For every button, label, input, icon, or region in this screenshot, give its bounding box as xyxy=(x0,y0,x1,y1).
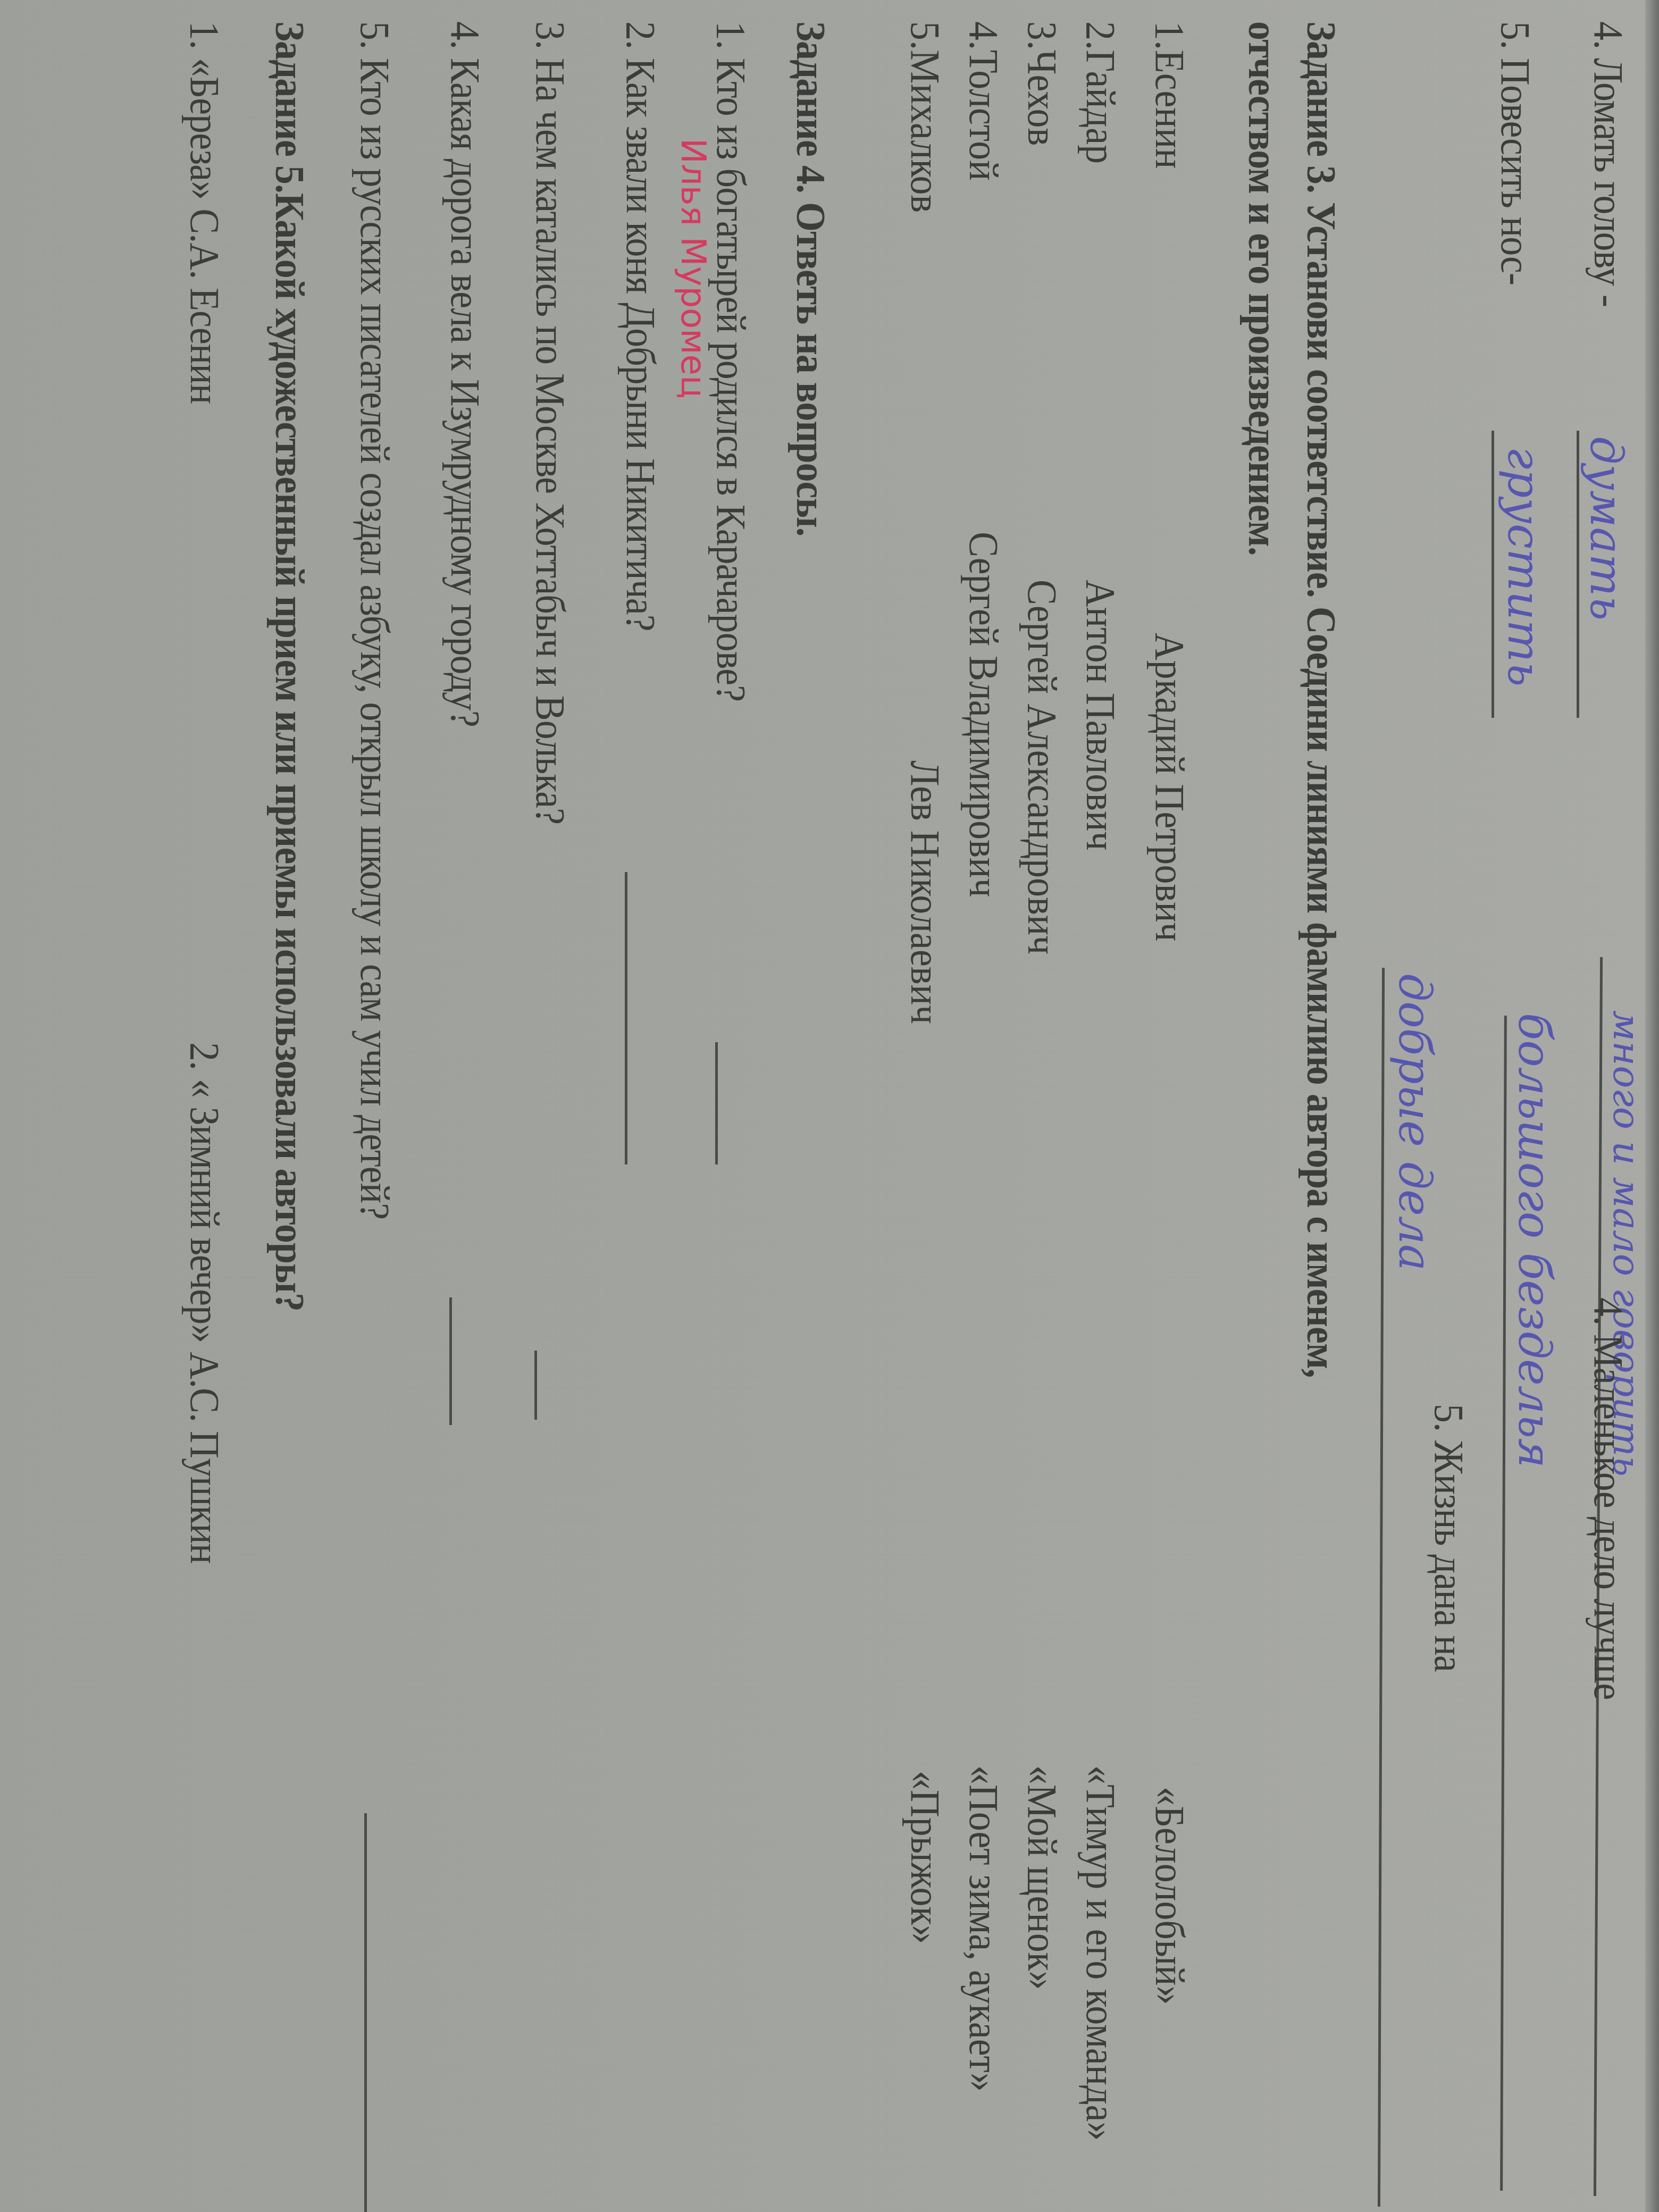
task5-heading: Задание 5.Какой художественный прием или… xyxy=(266,21,314,1311)
item-prompt: Маленькое дело лучше xyxy=(1586,1334,1632,1699)
author-name[interactable]: Лев Николаевич xyxy=(901,760,949,1024)
task4-question-1: 1. Кто из богатырей родился в Карачарове… xyxy=(707,21,755,701)
task4-question-3: 3. На чем катались по Москве Хоттабыч и … xyxy=(526,21,574,824)
task5-item-2: 2. « Зимний вечер» А.С. Пушкин xyxy=(181,1042,229,1563)
author-surname[interactable]: 3.Чехов xyxy=(1018,21,1066,146)
author-name[interactable]: Сергей Владимирович xyxy=(960,532,1008,898)
task3-instructions: Соедини линиями фамилию автора с именем, xyxy=(1298,607,1345,1378)
handwritten-answer-idleness: большого безделья xyxy=(1509,1013,1561,1468)
answer-line[interactable] xyxy=(1492,431,1494,718)
task5-item-1: 1. «Береза» С.А. Есенин xyxy=(181,21,229,404)
item-number: 5. xyxy=(1426,1404,1472,1431)
item-prompt: Ломать голову - xyxy=(1586,58,1632,307)
author-name[interactable]: Сергей Александрович xyxy=(1018,580,1066,954)
author-surname[interactable]: 1.Есенин xyxy=(1146,21,1194,169)
worksheet-page: много и мало говорить 4. Ломать голову -… xyxy=(0,0,1659,2212)
work-title[interactable]: «Поет зима, аукает» xyxy=(960,1765,1008,2092)
author-surname[interactable]: 4.Толстой xyxy=(960,21,1008,181)
answer-line[interactable] xyxy=(449,1297,452,1425)
work-title[interactable]: «Прыжок» xyxy=(901,1771,949,1944)
task3-heading: Задание 3. Установи соответствие. Соедин… xyxy=(1297,21,1345,1378)
answer-line[interactable] xyxy=(1378,968,1385,2207)
task2-item-4b: 4. Маленькое дело лучше xyxy=(1585,1297,1632,1699)
answer-line[interactable] xyxy=(534,1351,537,1420)
author-name[interactable]: Антон Павлович xyxy=(1077,580,1125,851)
handwritten-answer-ilya-muromets: Илья Муромец xyxy=(673,138,713,398)
task4-heading: Задание 4. Ответь на вопросы. xyxy=(787,21,835,537)
author-name[interactable]: Аркадий Петрович xyxy=(1146,633,1194,942)
item-number: 5. xyxy=(1493,21,1539,49)
task4-question-2: 2. Как звали коня Добрыни Никитича? xyxy=(617,21,665,631)
item-number: 4. xyxy=(1586,1297,1632,1325)
item-prompt: Повесить нос- xyxy=(1493,58,1539,285)
work-title[interactable]: «Тимур и его команда» xyxy=(1077,1765,1125,2141)
task2-item-5a: 5. Повесить нос- xyxy=(1492,21,1539,285)
work-title[interactable]: «Мой щенок» xyxy=(1018,1765,1066,1990)
task4-question-5: 5. Кто из русских писателей создал азбук… xyxy=(351,21,399,1219)
answer-line[interactable] xyxy=(1577,431,1579,718)
task2-item-4a: 4. Ломать голову - xyxy=(1585,21,1632,307)
task4-question-4: 4. Какая дорога вела к Изумрудному город… xyxy=(441,21,489,727)
answer-line[interactable] xyxy=(364,1813,367,2212)
task3-heading-line2: отчеством и его произведением. xyxy=(1239,21,1287,556)
item-prompt: Жизнь дана на xyxy=(1426,1440,1472,1672)
author-surname[interactable]: 2.Гайдар xyxy=(1077,21,1125,164)
answer-line[interactable] xyxy=(1500,1016,1507,2191)
task3-title: Задание 3. Установи соответствие. xyxy=(1298,21,1345,598)
answer-line[interactable] xyxy=(715,1042,718,1164)
handwritten-answer-good-deeds: добрые дела xyxy=(1389,973,1441,1271)
answer-line[interactable] xyxy=(625,872,627,1164)
task2-item-5b: 5. Жизнь дана на xyxy=(1425,1404,1473,1672)
item-number: 4. xyxy=(1586,21,1632,49)
work-title[interactable]: «Белолобый» xyxy=(1146,1787,1194,2005)
handwritten-answer-grieve: грустить xyxy=(1498,447,1550,686)
handwritten-answer-think: думать xyxy=(1580,436,1632,621)
author-surname[interactable]: 5.Михалков xyxy=(901,21,949,213)
